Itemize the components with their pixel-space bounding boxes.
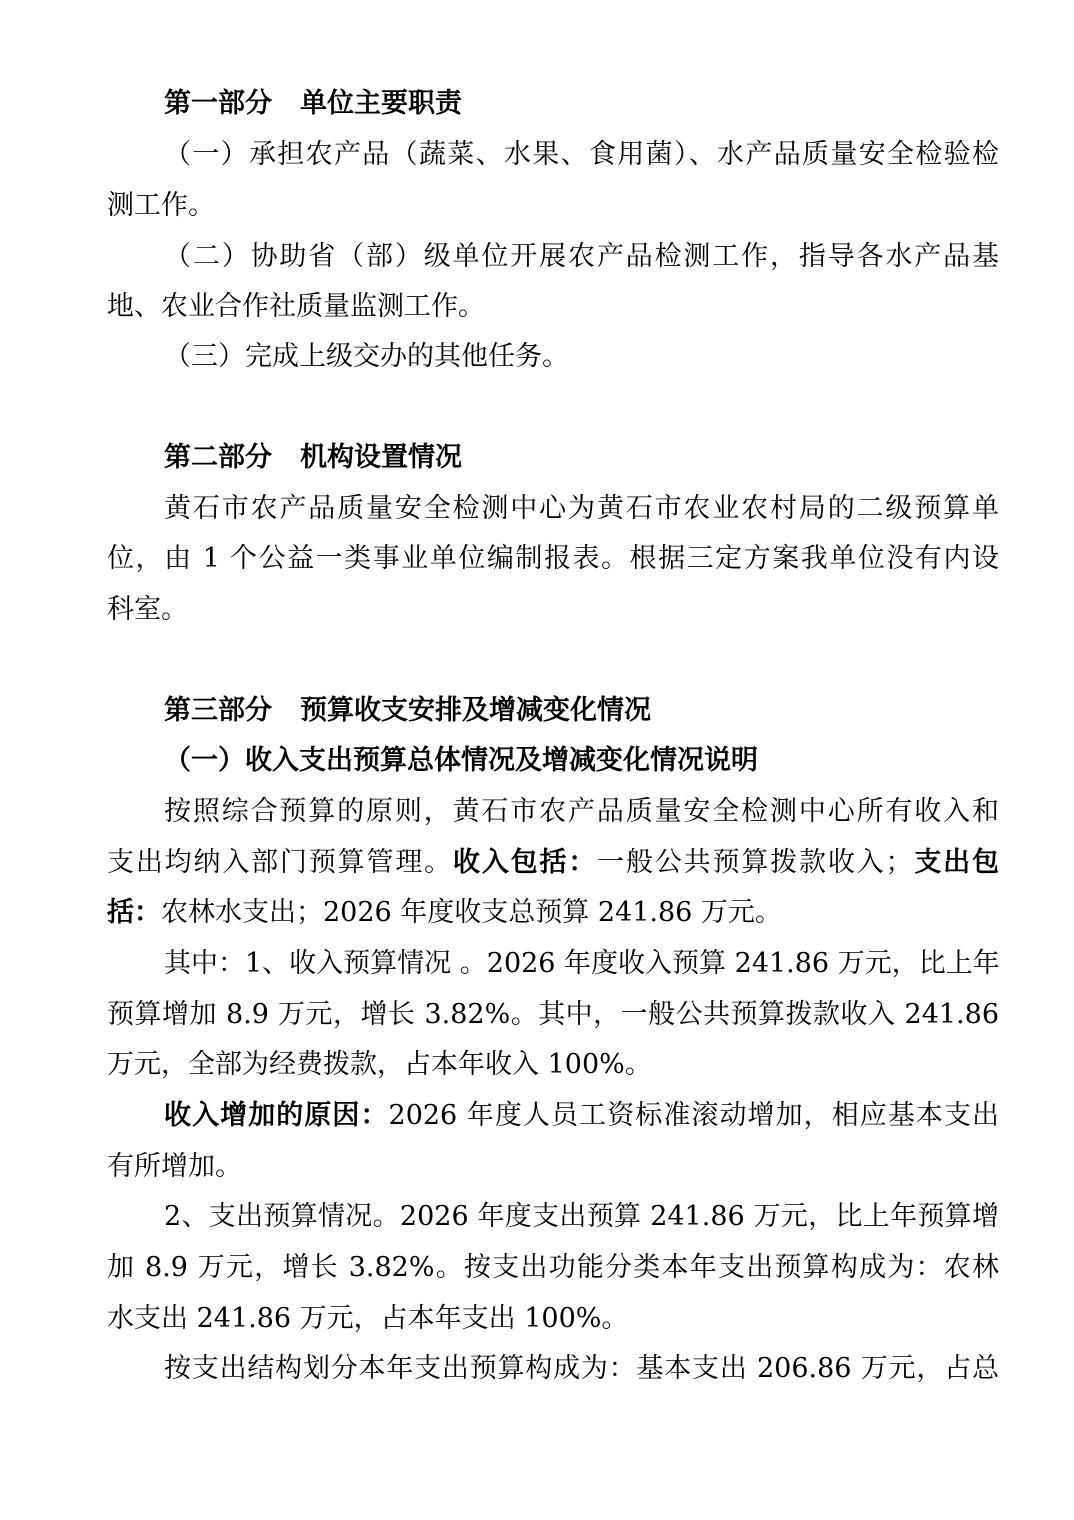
paragraph-line: 括：农林水支出；2026 年度收支总预算 241.86 万元。: [107, 895, 999, 931]
paragraph-line: 其中：1、收入预算情况 。2026 年度收入预算 241.86 万元，比上年: [107, 946, 999, 982]
text-run: 支出均纳入部门预算管理。: [107, 847, 453, 878]
text-run: 2026 年度人员工资标准滚动增加，相应基本支出: [389, 1100, 1000, 1131]
section-title: 预算收支安排及增减变化情况: [300, 695, 651, 726]
bold-label-expense: 支出包: [913, 847, 1000, 878]
section-part-label: 第一部分: [164, 88, 272, 119]
paragraph-line: （一）承担农产品（蔬菜、水果、食用菌）、水产品质量安全检验检: [107, 137, 999, 173]
paragraph-line: 支出均纳入部门预算管理。收入包括：一般公共预算拨款收入；支出包: [107, 845, 999, 881]
paragraph-line: （二）协助省（部）级单位开展农产品检测工作，指导各水产品基: [107, 239, 999, 275]
paragraph-line: 科室。: [107, 592, 999, 628]
text-run: 农林水支出；2026 年度收支总预算 241.86 万元。: [161, 897, 782, 928]
paragraph-line: 加 8.9 万元，增长 3.82%。按支出功能分类本年支出预算构成为：农林: [107, 1250, 999, 1286]
section-heading-2: 第二部分机构设置情况: [107, 440, 999, 476]
paragraph-line: 按照综合预算的原则，黄石市农产品质量安全检测中心所有收入和: [107, 794, 999, 830]
bold-label-reason: 收入增加的原因：: [164, 1100, 389, 1131]
paragraph-line: 收入增加的原因：2026 年度人员工资标准滚动增加，相应基本支出: [107, 1098, 999, 1134]
section-title: 单位主要职责: [300, 88, 462, 119]
paragraph-line: 地、农业合作社质量监测工作。: [107, 289, 999, 325]
bold-label-expense-cont: 括：: [107, 897, 161, 928]
section-heading-3: 第三部分预算收支安排及增减变化情况: [107, 693, 999, 729]
section-part-label: 第三部分: [164, 695, 272, 726]
section-title: 机构设置情况: [300, 442, 462, 473]
paragraph-line: 按支出结构划分本年支出预算构成为：基本支出 206.86 万元，占总: [107, 1351, 999, 1387]
paragraph-line: 预算增加 8.9 万元，增长 3.82%。其中，一般公共预算拨款收入 241.8…: [107, 997, 999, 1033]
paragraph-line: （三）完成上级交办的其他任务。: [107, 339, 999, 375]
bold-label-income: 收入包括：: [453, 847, 597, 878]
paragraph-line: 位，由 1 个公益一类事业单位编制报表。根据三定方案我单位没有内设: [107, 541, 999, 577]
paragraph-line: 测工作。: [107, 188, 999, 224]
paragraph-line: 2、支出预算情况。2026 年度支出预算 241.86 万元，比上年预算增: [107, 1199, 999, 1235]
section-heading-1: 第一部分单位主要职责: [107, 86, 999, 122]
paragraph-line: 有所增加。: [107, 1149, 999, 1185]
section-part-label: 第二部分: [164, 442, 272, 473]
subsection-heading: （一）收入支出预算总体情况及增减变化情况说明: [107, 743, 999, 779]
text-run: 一般公共预算拨款收入；: [597, 847, 912, 878]
paragraph-line: 黄石市农产品质量安全检测中心为黄石市农业农村局的二级预算单: [107, 491, 999, 527]
paragraph-line: 水支出 241.86 万元，占本年支出 100%。: [107, 1301, 999, 1337]
paragraph-line: 万元，全部为经费拨款，占本年收入 100%。: [107, 1047, 999, 1083]
